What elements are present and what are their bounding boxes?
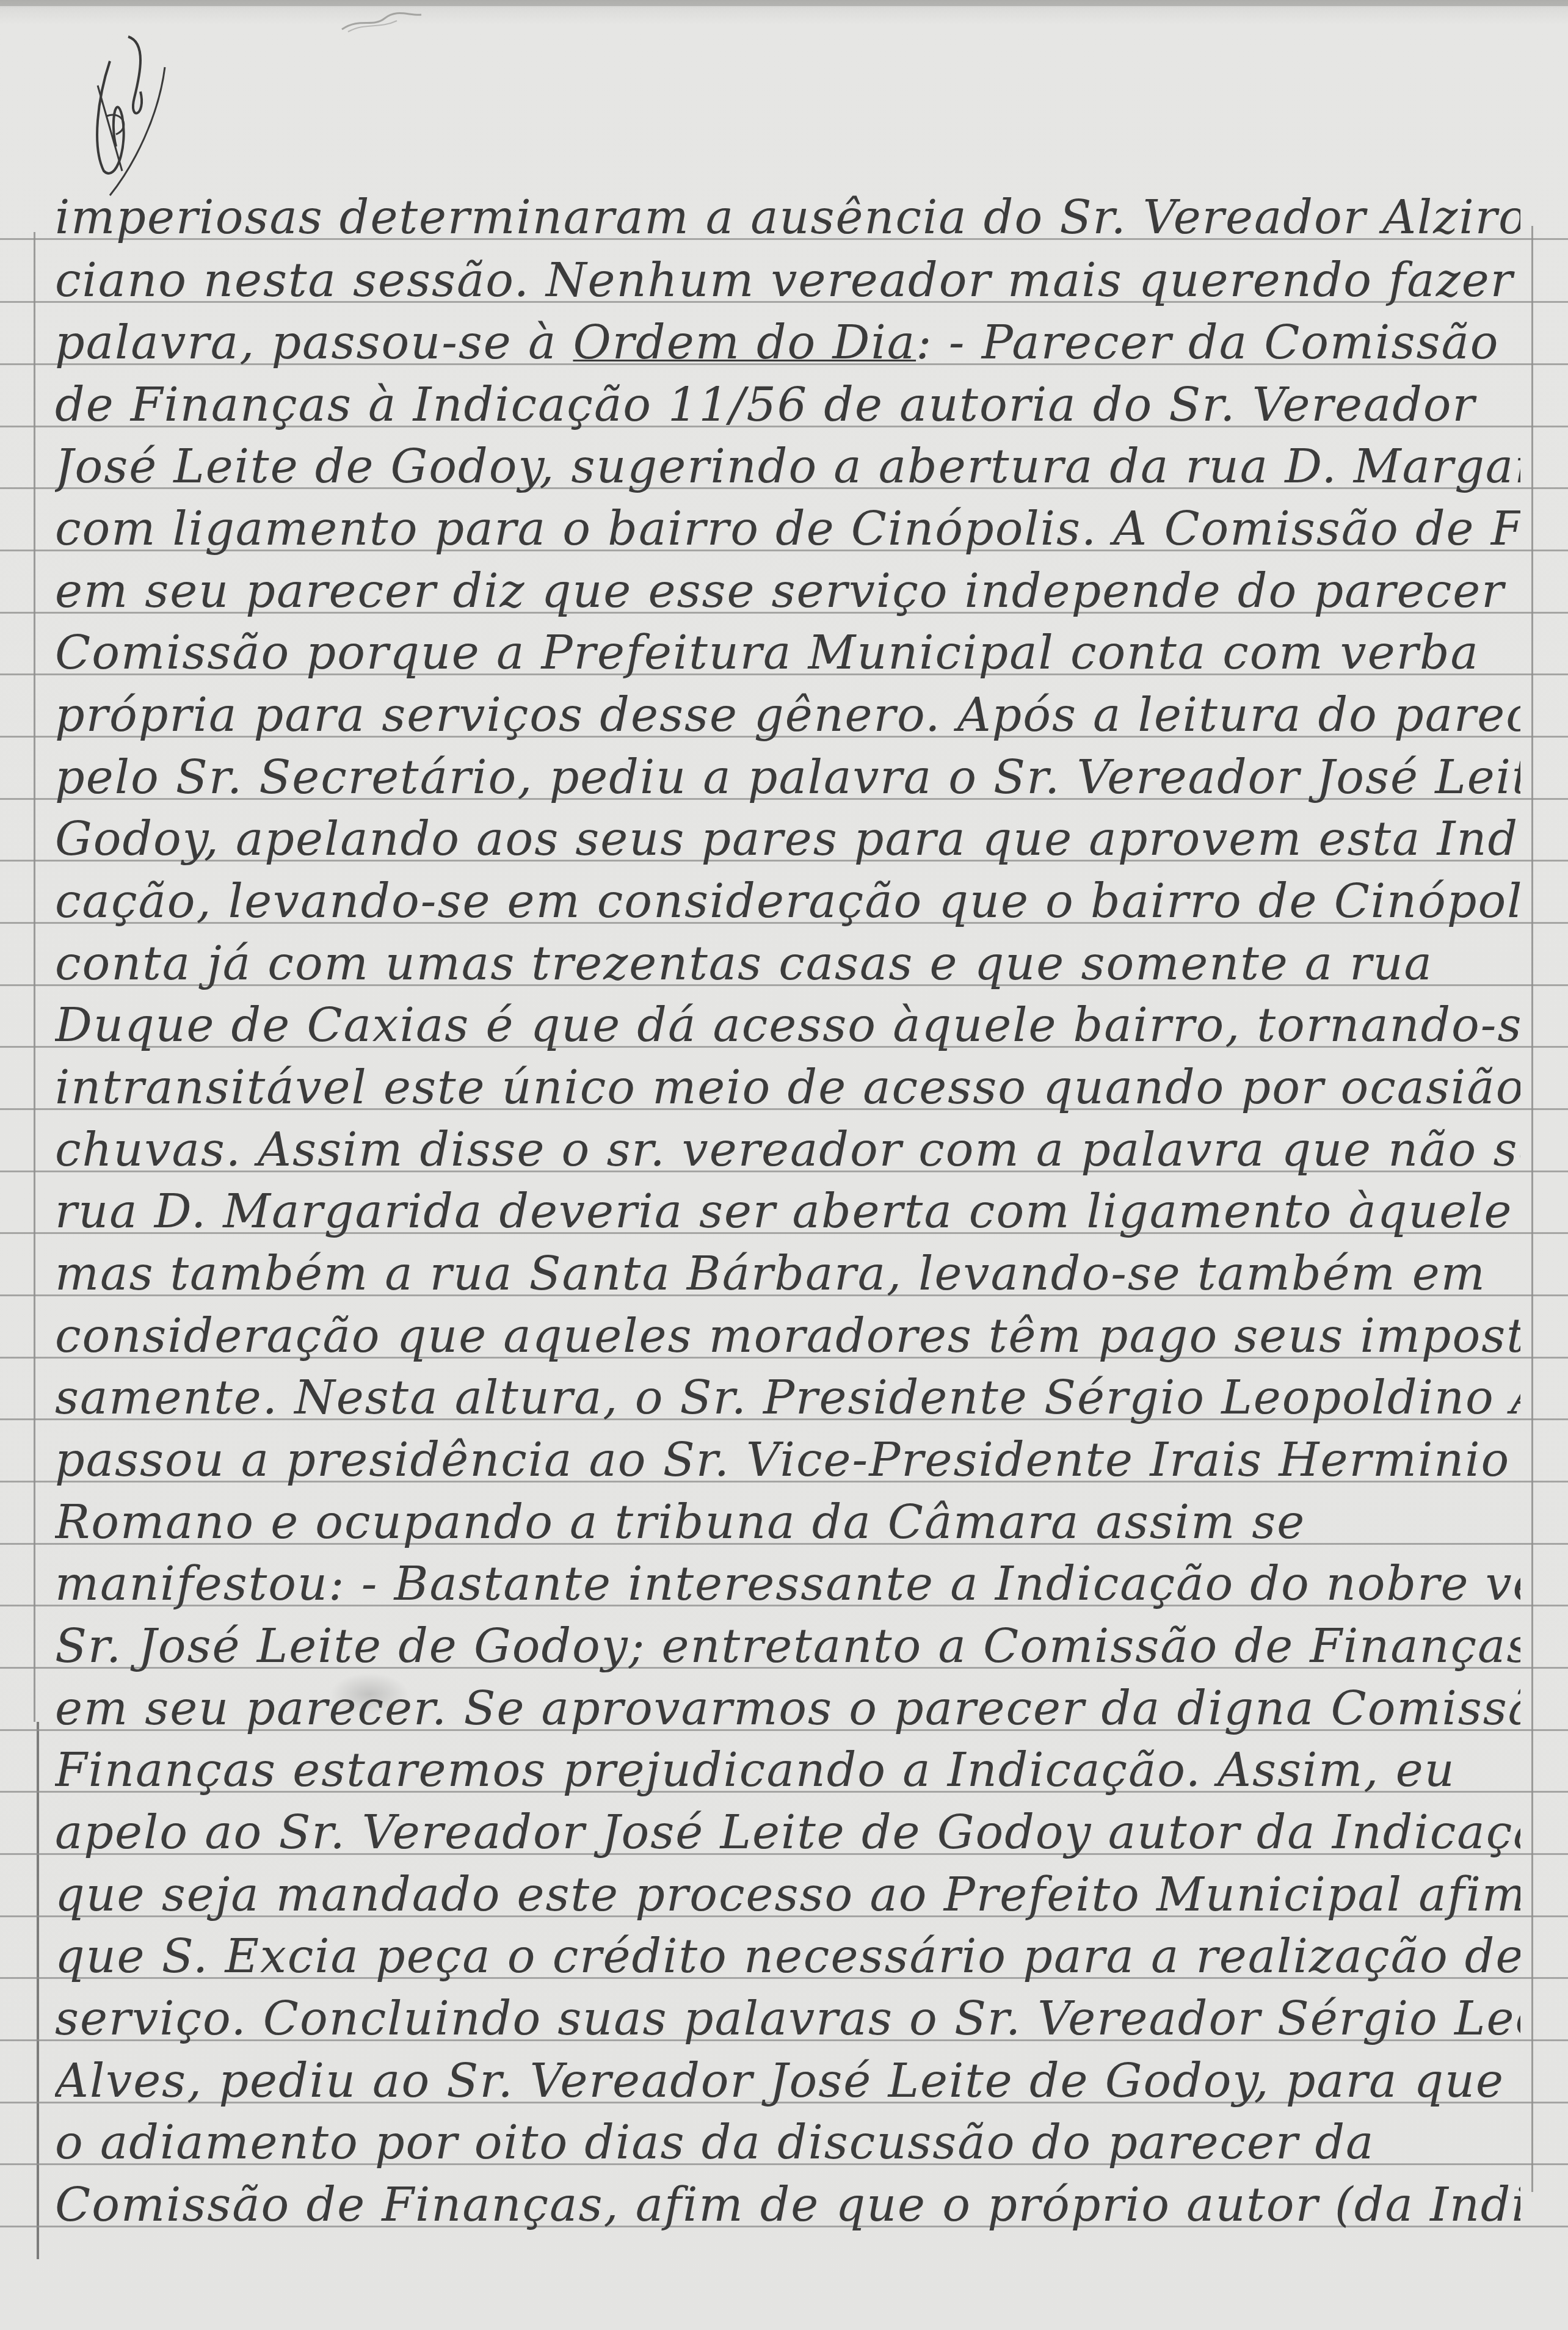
text-line: Comissão de Finanças, afim de que o próp… — [55, 2182, 1520, 2304]
left-margin-line — [34, 232, 35, 1722]
left-margin-line-bottom — [37, 1722, 39, 2259]
text-segment: : - Parecer da Comissão — [916, 319, 1499, 369]
text-segment: palavra, passou-se à — [55, 319, 573, 369]
pencil-mark-icon — [336, 11, 427, 35]
document-page: imperiosas determinaram a ausência do Sr… — [0, 0, 1568, 2330]
underlined-ordem-do-dia: Ordem do Dia — [573, 319, 916, 369]
right-margin-line — [1531, 226, 1533, 2192]
scan-top-edge — [0, 0, 1568, 6]
signature-initials-icon — [73, 24, 208, 208]
